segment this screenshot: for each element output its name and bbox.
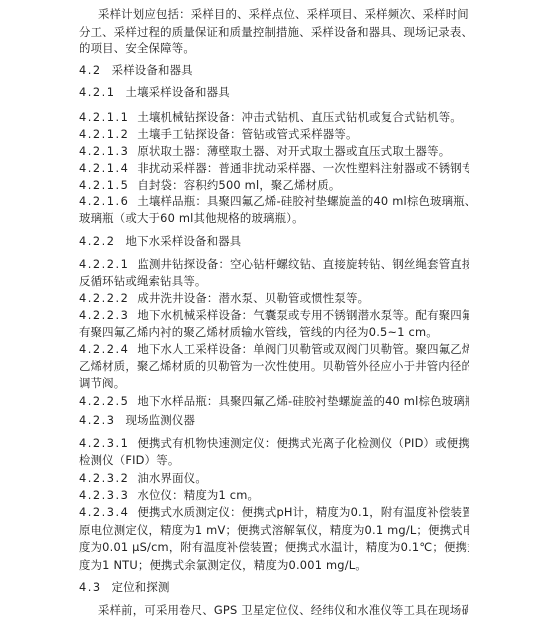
clause-number: 4.2.2.2 [79, 290, 129, 306]
intro-line-3: 的项目、安全保障等。 [79, 40, 469, 56]
clause-4-2-3-1: 4.2.3.1便携式有机物快速测定仪：便携式光离子化检测仪（PID）或便携式火焰… [79, 435, 469, 451]
section-heading-4-2-2: 4.2.2地下水采样设备和器具 [79, 233, 469, 249]
clause-4-2-3-4-cont3: 度为1 NTU；便携式余氯测定仪，精度为0.001 mg/L。 [79, 557, 469, 573]
clause-number: 4.2.3.4 [79, 504, 129, 520]
clause-4-2-1-4: 4.2.1.4非扰动采样器：普通非扰动采样器、一次性塑料注射器或不锈钢专用采样器… [79, 160, 469, 176]
clause-text: 土壤手工钻探设备：管钻或管式采样器等。 [137, 127, 357, 141]
clause-text: 自封袋：容积约500 ml，聚乙烯材质。 [137, 178, 340, 192]
intro-line-1: 采样计划应包括：采样目的、采样点位、采样项目、采样频次、采样时间、采样人员及 [98, 6, 468, 22]
clause-text: 土壤机械钻探设备：冲击式钻机、直压式钻机或复合式钻机等。 [137, 110, 462, 124]
section-heading-4-2-1: 4.2.1土壤采样设备和器具 [79, 84, 469, 100]
clause-text: 地下水人工采样设备：单阀门贝勒管或双阀门贝勒管。聚四氟乙烯、不锈钢或聚 [137, 342, 469, 356]
section-number: 4.2.3 [79, 412, 115, 428]
clause-text: 成井洗井设备：潜水泵、贝勒管或惯性泵等。 [137, 291, 369, 305]
clause-4-2-3-4: 4.2.3.4便携式水质测定仪：便携式pH计，精度为0.1，附有温度补偿装置；便… [79, 504, 469, 520]
clause-text: 便携式有机物快速测定仪：便携式光离子化检测仪（PID）或便携式火焰离子化 [137, 436, 469, 450]
section-number: 4.3 [79, 579, 102, 595]
section-title: 采样设备和器具 [112, 63, 193, 77]
clause-4-2-3-3: 4.2.3.3水位仪：精度为1 cm。 [79, 487, 469, 503]
clause-4-2-3-4-cont2: 度为0.01 μS/cm，附有温度补偿装置；便携式水温计，精度为0.1℃；便携式… [79, 539, 469, 555]
clause-4-2-1-5: 4.2.1.5自封袋：容积约500 ml，聚乙烯材质。 [79, 177, 469, 193]
clause-4-2-1-2: 4.2.1.2土壤手工钻探设备：管钻或管式采样器等。 [79, 126, 469, 142]
clause-number: 4.2.3.2 [79, 470, 129, 486]
clause-4-2-3-2: 4.2.3.2油水界面仪。 [79, 470, 469, 486]
clause-4-2-3-1-cont: 检测仪（FID）等。 [79, 452, 469, 468]
clause-text: 监测井钻探设备：空心钻杆螺纹钻、直接旋转钻、钢丝绳套管直接旋转钻、双壁 [137, 257, 469, 271]
section-title: 定位和探测 [112, 580, 170, 594]
document-page: 采样计划应包括：采样目的、采样点位、采样项目、采样频次、采样时间、采样人员及 分… [0, 0, 547, 635]
clause-4-2-2-4: 4.2.2.4地下水人工采样设备：单阀门贝勒管或双阀门贝勒管。聚四氟乙烯、不锈钢… [79, 341, 469, 357]
clause-number: 4.2.2.1 [79, 256, 129, 272]
clause-text: 原状取土器：薄壁取土器、对开式取土器或直压式取土器等。 [137, 144, 450, 158]
clause-number: 4.2.1.4 [79, 160, 129, 176]
clause-text: 非扰动采样器：普通非扰动采样器、一次性塑料注射器或不锈钢专用采样器等。 [137, 161, 469, 175]
section-number: 4.2 [79, 62, 102, 78]
clause-text: 地下水样品瓶：具聚四氟乙烯-硅胶衬垫螺旋盖的40 ml棕色玻璃瓶。 [137, 394, 469, 408]
clause-4-2-2-1-cont: 反循环钻或绳索钻具等。 [79, 273, 469, 289]
clause-number: 4.2.1.3 [79, 143, 129, 159]
clause-number: 4.2.3.3 [79, 487, 129, 503]
section-heading-4-2-3: 4.2.3现场监测仪器 [79, 412, 469, 428]
clause-4-2-2-4-cont2: 调节阀。 [79, 375, 469, 391]
section-title: 现场监测仪器 [125, 413, 195, 427]
clause-number: 4.2.1.6 [79, 193, 129, 209]
clause-number: 4.2.2.5 [79, 393, 129, 409]
clause-text: 水位仪：精度为1 cm。 [137, 488, 259, 502]
section-number: 4.2.1 [79, 84, 115, 100]
section-heading-4-2: 4.2采样设备和器具 [79, 62, 469, 78]
clause-4-2-1-3: 4.2.1.3原状取土器：薄壁取土器、对开式取土器或直压式取土器等。 [79, 143, 469, 159]
clause-number: 4.2.1.2 [79, 126, 129, 142]
section-heading-4-3: 4.3定位和探测 [79, 579, 469, 595]
section-4-3-paragraph: 采样前，可采用卷尺、GPS 卫星定位仪、经纬仪和水准仪等工具在现场确定采样点的 [98, 602, 468, 618]
section-title: 地下水采样设备和器具 [125, 234, 241, 248]
intro-line-2: 分工、采样过程的质量保证和质量控制措施、采样设备和器具、现场记录表、需要现场监测 [79, 24, 469, 40]
clause-number: 4.2.3.1 [79, 435, 129, 451]
clause-4-2-2-3-cont: 有聚四氟乙烯内衬的聚乙烯材质输水管线，管线的内径为0.5~1 cm。 [79, 324, 469, 340]
clause-number: 4.2.2.4 [79, 341, 129, 357]
clause-text: 土壤样品瓶：具聚四氟乙烯-硅胶衬垫螺旋盖的40 ml棕色玻璃瓶、60 ml棕色广… [137, 194, 469, 208]
clause-4-2-1-6-cont: 玻璃瓶（或大于60 ml其他规格的玻璃瓶）。 [79, 210, 469, 226]
section-title: 土壤采样设备和器具 [125, 85, 229, 99]
clause-4-2-1-6: 4.2.1.6土壤样品瓶：具聚四氟乙烯-硅胶衬垫螺旋盖的40 ml棕色玻璃瓶、6… [79, 193, 469, 209]
clause-number: 4.2.2.3 [79, 307, 129, 323]
clause-4-2-2-4-cont: 乙烯材质，聚乙烯材质的贝勒管为一次性使用。贝勒管外径应小于井管内径的3/4。配流… [79, 358, 469, 374]
clause-4-2-1-1: 4.2.1.1土壤机械钻探设备：冲击式钻机、直压式钻机或复合式钻机等。 [79, 109, 469, 125]
clause-4-2-3-4-cont: 原电位测定仪，精度为1 mV；便携式溶解氧仪，精度为0.1 mg/L；便携式电导… [79, 522, 469, 538]
clause-text: 便携式水质测定仪：便携式pH计，精度为0.1，附有温度补偿装置；便携式氧化还 [137, 505, 469, 519]
clause-4-2-2-1: 4.2.2.1监测井钻探设备：空心钻杆螺纹钻、直接旋转钻、钢丝绳套管直接旋转钻、… [79, 256, 469, 272]
clause-text: 地下水机械采样设备：气囊泵或专用不锈钢潜水泵等。配有聚四氟乙烯材质或具 [137, 308, 469, 322]
clause-number: 4.2.1.1 [79, 109, 129, 125]
clause-4-2-2-2: 4.2.2.2成井洗井设备：潜水泵、贝勒管或惯性泵等。 [79, 290, 469, 306]
clause-4-2-2-5: 4.2.2.5地下水样品瓶：具聚四氟乙烯-硅胶衬垫螺旋盖的40 ml棕色玻璃瓶。 [79, 393, 469, 409]
section-number: 4.2.2 [79, 233, 115, 249]
clause-text: 油水界面仪。 [137, 471, 207, 485]
clause-4-2-2-3: 4.2.2.3地下水机械采样设备：气囊泵或专用不锈钢潜水泵等。配有聚四氟乙烯材质… [79, 307, 469, 323]
clause-number: 4.2.1.5 [79, 177, 129, 193]
